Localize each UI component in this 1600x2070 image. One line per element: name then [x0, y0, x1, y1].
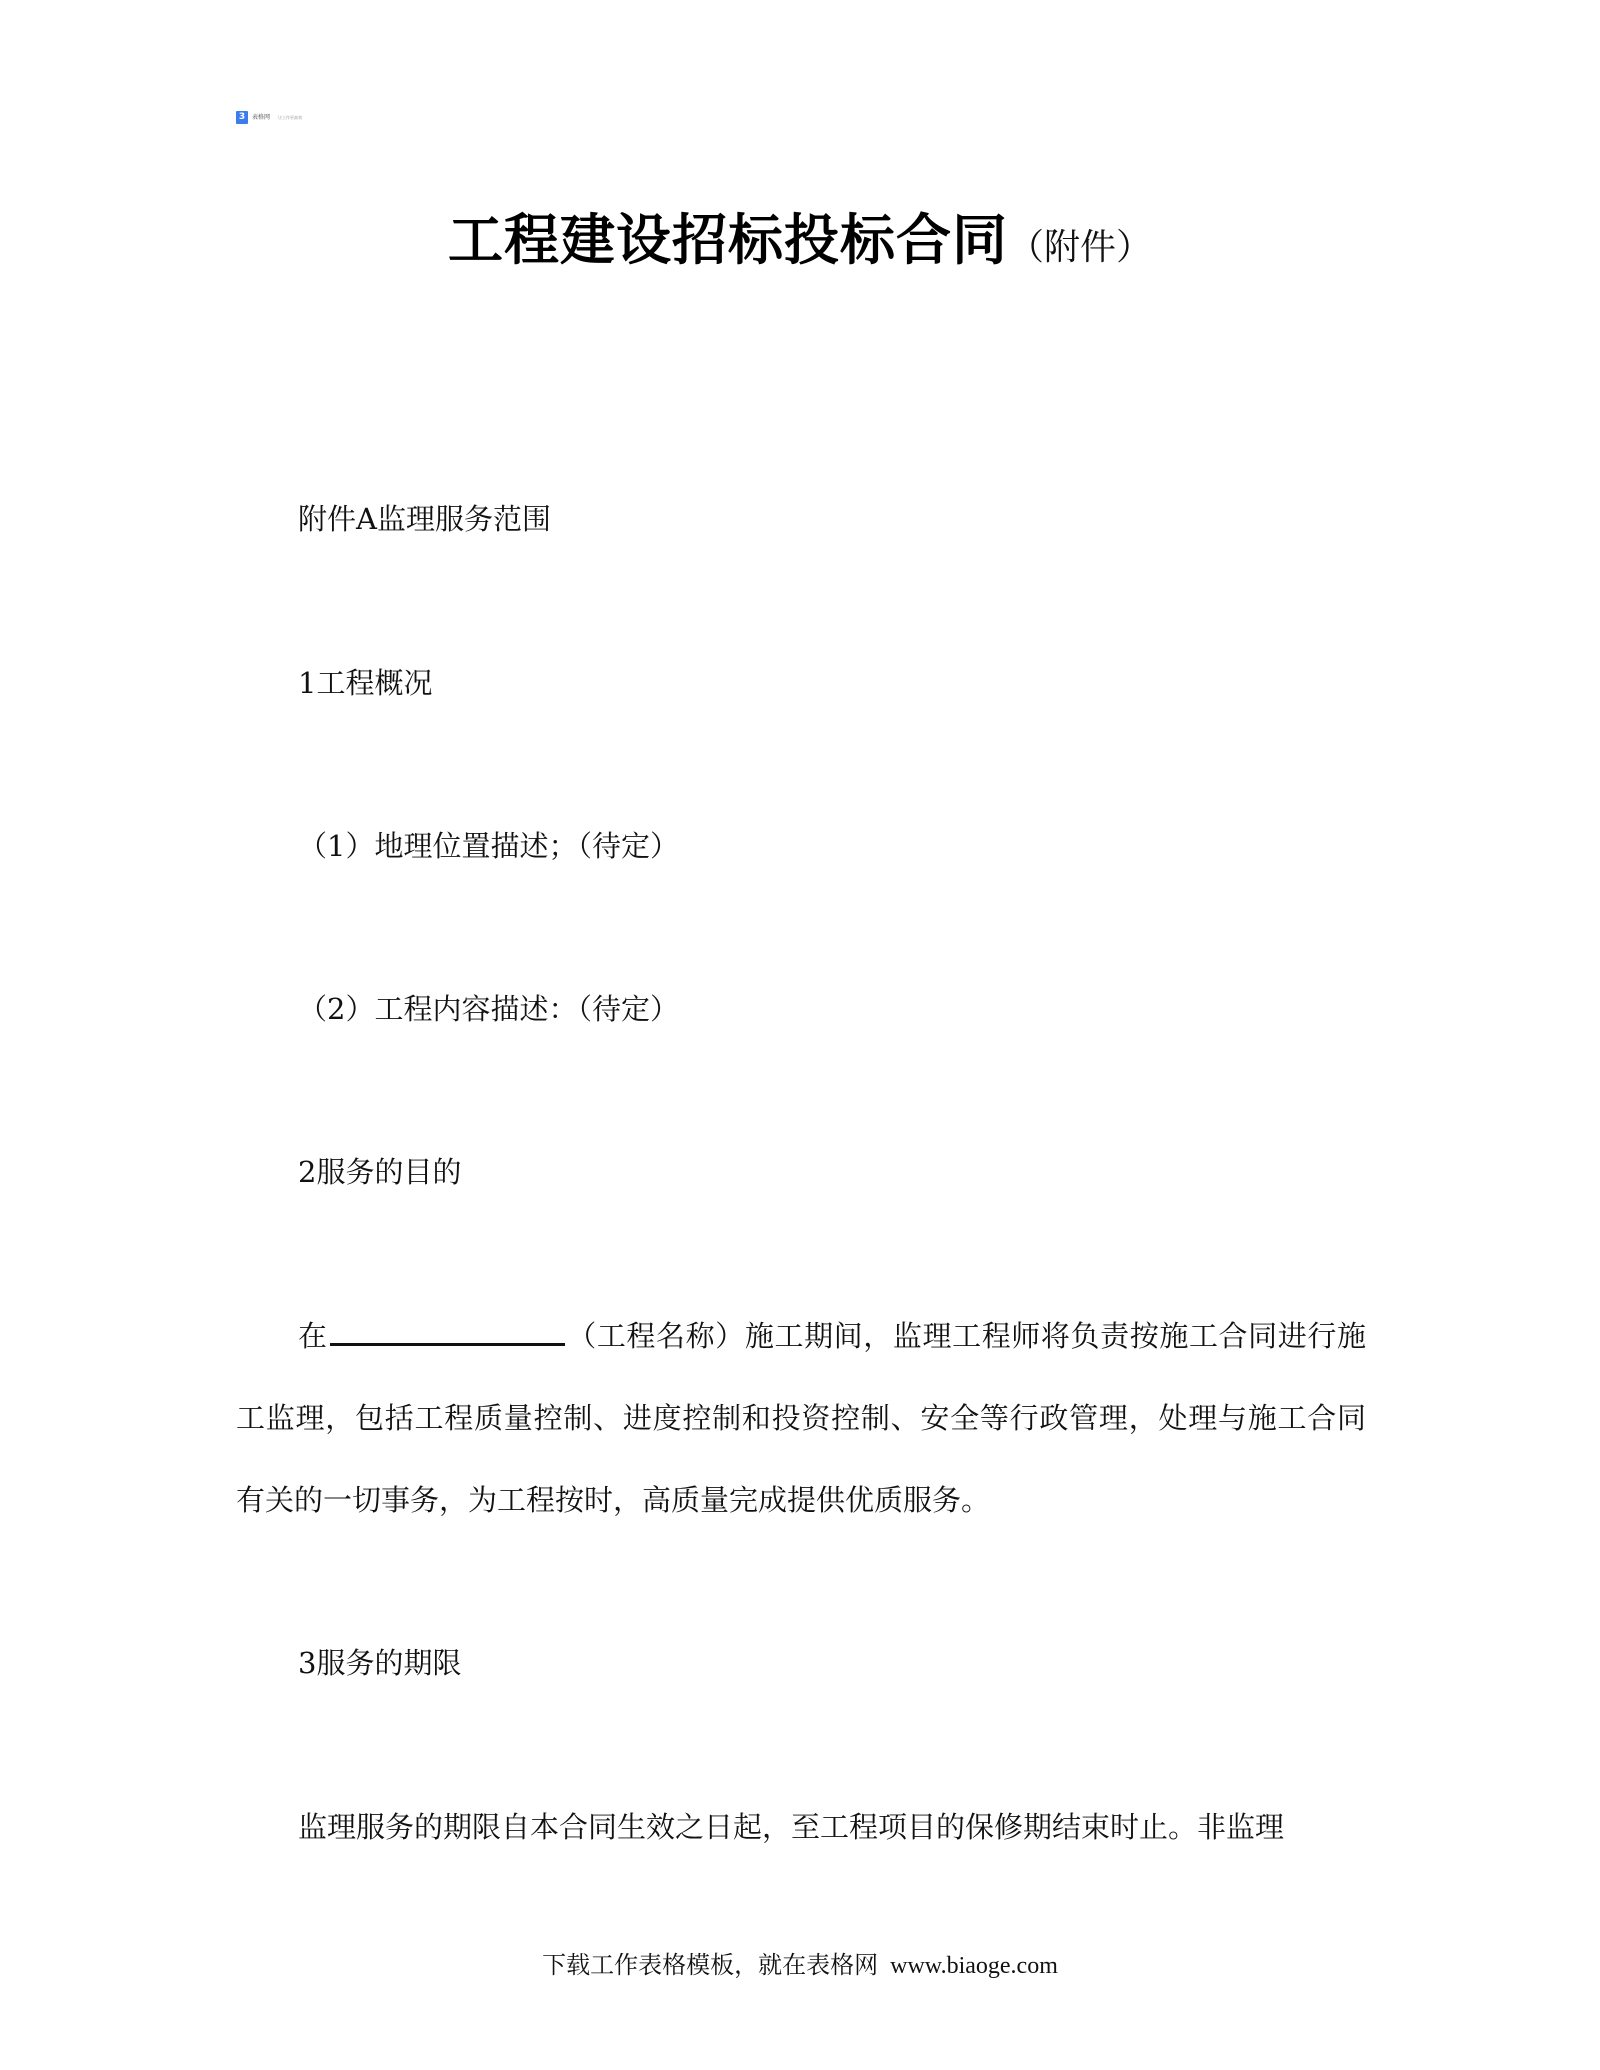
section-1-item-2: （2）工程内容描述：（待定） — [298, 968, 1428, 1050]
biaoge-logo-icon: 3 — [236, 111, 248, 124]
section-2-paragraph: 在（工程名称）施工期间，监理工程师将负责按施工合同进行施工监理，包括工程质量控制… — [236, 1295, 1366, 1541]
page-footer: 下载工作表格模板，就在表格网www.biaoge.com — [0, 1945, 1600, 1980]
brand-name: 表格网 — [252, 111, 270, 124]
footer-url[interactable]: www.biaoge.com — [890, 1953, 1058, 1979]
footer-text: 下载工作表格模板，就在表格网 — [542, 1953, 878, 1979]
section-2-text: （工程名称）施工期间，监理工程师将负责按施工合同进行施工监理，包括工程质量控制、… — [236, 1319, 1366, 1517]
section-1-item-1: （1）地理位置描述；（待定） — [298, 805, 1428, 887]
section-1-heading: 1工程概况 — [298, 642, 1428, 724]
section-2-heading: 2服务的目的 — [298, 1131, 1428, 1213]
section-3-paragraph: 监理服务的期限自本合同生效之日起，至工程项目的保修期结束时止。非监理 — [298, 1786, 1428, 1868]
appendix-heading: 附件A监理服务范围 — [298, 478, 1428, 560]
section-2-prefix: 在 — [298, 1319, 328, 1353]
title-subtitle: （附件） — [1008, 227, 1152, 268]
brand-header: 3 表格网 让工作更高效 — [236, 110, 302, 124]
project-name-blank — [330, 1317, 565, 1346]
brand-slogan: 让工作更高效 — [278, 111, 302, 124]
section-3-heading: 3服务的期限 — [298, 1622, 1428, 1704]
document-page: 3 表格网 让工作更高效 工程建设招标投标合同（附件） 附件A监理服务范围 1工… — [0, 0, 1600, 2070]
title-main: 工程建设招标投标合同 — [448, 208, 1008, 272]
document-title: 工程建设招标投标合同（附件） — [0, 196, 1600, 275]
